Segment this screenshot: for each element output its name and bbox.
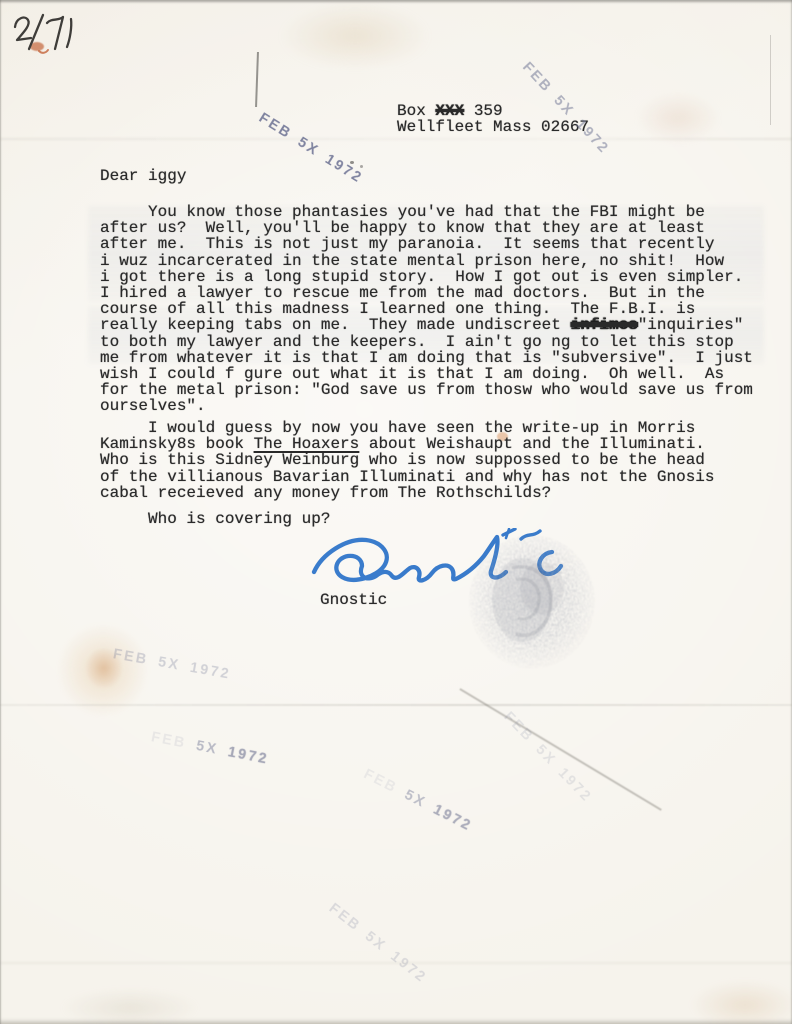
paper-stain bbox=[636, 92, 720, 144]
scanned-letter-page: Box XXX 359 Wellfleet Mass 02667 Dear ig… bbox=[0, 0, 792, 1024]
red-mark bbox=[39, 50, 48, 53]
paper-stain bbox=[280, 2, 430, 70]
paragraph1-text-a: You know those phantasies you've had tha… bbox=[100, 203, 743, 334]
crease-line bbox=[460, 688, 662, 810]
salutation: Dear iggy bbox=[100, 168, 186, 184]
handwritten-corner-note bbox=[8, 8, 92, 60]
fold-line bbox=[0, 704, 792, 706]
date-stamp: FEB 5X 1972 bbox=[256, 109, 366, 187]
date-stamp: FEB 5X 1972 bbox=[150, 728, 270, 767]
fingerprint-smudge bbox=[464, 532, 604, 674]
crease-line bbox=[255, 52, 258, 107]
crease-line bbox=[770, 35, 771, 125]
date-stamp: FEB 5X 1972 bbox=[112, 645, 232, 682]
date-stamp: FEB 5X 1972 bbox=[326, 900, 430, 987]
body-paragraph-2: I would guess by now you have seen the w… bbox=[100, 420, 715, 501]
paper-stain bbox=[60, 988, 200, 1024]
typed-signature: Gnostic bbox=[320, 592, 387, 608]
paper-stain bbox=[58, 624, 148, 716]
paper-stain bbox=[690, 980, 792, 1024]
date-stamp: FEB 5X 1972 bbox=[500, 708, 595, 806]
fold-line bbox=[0, 138, 792, 140]
ink-speck bbox=[360, 165, 363, 168]
date-stamp: FEB 5X 1972 bbox=[361, 765, 475, 834]
address-city-line: Wellfleet Mass 02667 bbox=[397, 118, 589, 136]
question-line: Who is covering up? bbox=[100, 511, 330, 527]
body-paragraph-1: You know those phantasies you've had tha… bbox=[100, 204, 753, 415]
